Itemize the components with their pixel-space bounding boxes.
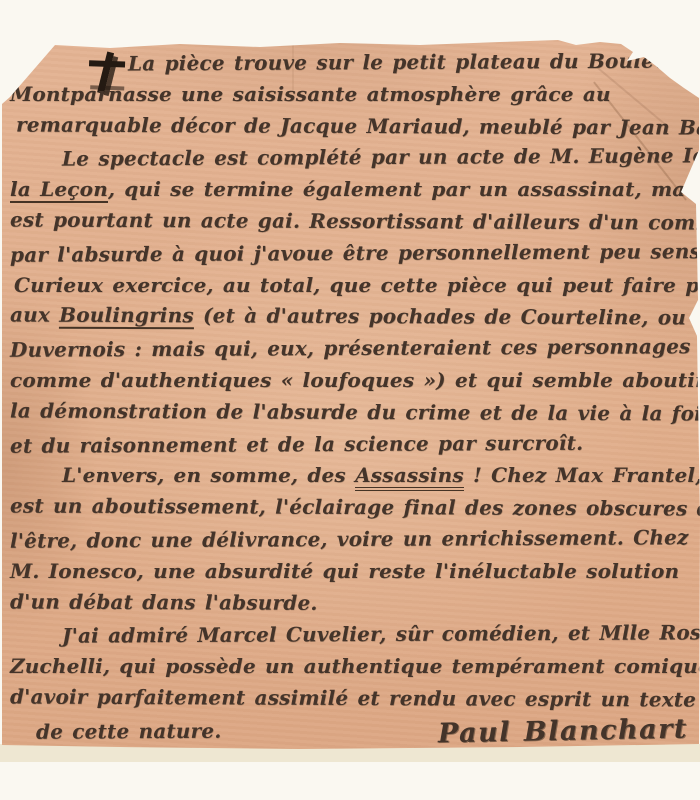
- text-segment: la démonstration de l'absurde du crime e…: [10, 398, 700, 425]
- underlined-title: Boulingrins: [59, 303, 194, 330]
- manuscript-line: par l'absurde à quoi j'avoue être person…: [10, 236, 694, 271]
- text-segment: et du raisonnement et de la science par …: [10, 430, 583, 457]
- paper-sheet: La pièce trouve sur le petit plateau du …: [0, 0, 700, 800]
- manuscript-line: d'avoir parfaitement assimilé et rendu a…: [10, 681, 694, 716]
- manuscript-line: de cette nature.Paul Blanchart: [36, 713, 694, 748]
- text-segment: L'envers, en somme, des: [62, 463, 355, 487]
- manuscript-line: et du raisonnement et de la science par …: [10, 427, 694, 462]
- text-segment: par l'absurde à quoi j'avoue être person…: [10, 239, 700, 267]
- text-segment: ! Chez Max Frantel, le crime: [464, 463, 700, 487]
- text-segment: d'avoir parfaitement assimilé et rendu a…: [10, 684, 696, 711]
- manuscript-line: aux Boulingrins (et à d'autres pochades …: [10, 300, 694, 335]
- text-segment: est un aboutissement, l'éclairage final …: [10, 494, 700, 521]
- manuscript-line: J'ai admiré Marcel Cuvelier, sûr comédie…: [62, 618, 694, 653]
- manuscript-line: Zuchelli, qui possède un authentique tem…: [10, 651, 694, 683]
- text-segment: J'ai admiré Marcel Cuvelier, sûr comédie…: [62, 620, 700, 648]
- manuscript-line: la démonstration de l'absurde du crime e…: [10, 395, 694, 430]
- text-segment: Duvernois : mais qui, eux, présenteraien…: [10, 334, 691, 362]
- manuscript-line: la Leçon, qui se termine également par u…: [10, 174, 694, 206]
- manuscript-line: Montparnasse une saisissante atmosphère …: [10, 79, 694, 111]
- text-segment: M. Ionesco, une absurdité qui reste l'in…: [10, 559, 679, 583]
- text-segment: (et à d'autres pochades de Courteline, o…: [194, 304, 700, 330]
- manuscript-line: M. Ionesco, une absurdité qui reste l'in…: [10, 556, 694, 588]
- scan-background: La pièce trouve sur le petit plateau du …: [0, 0, 700, 800]
- text-segment: d'un débat dans l'absurde.: [10, 589, 318, 614]
- text-segment: , qui se termine également par un assass…: [108, 177, 700, 201]
- manuscript-line: est pourtant un acte gai. Ressortissant …: [10, 204, 694, 239]
- text-segment: aux: [10, 303, 59, 327]
- manuscript-line: Duvernois : mais qui, eux, présenteraien…: [10, 331, 694, 366]
- manuscript-line: Le spectacle est complété par un acte de…: [62, 141, 694, 176]
- text-segment: Le spectacle est complété par un acte de…: [62, 143, 700, 171]
- text-segment: La pièce trouve sur le petit plateau du …: [128, 48, 700, 75]
- manuscript-line: d'un débat dans l'absurde.: [10, 586, 694, 621]
- manuscript-text: La pièce trouve sur le petit plateau du …: [10, 47, 694, 747]
- text-segment: comme d'authentiques « loufoques ») et q…: [10, 368, 700, 392]
- manuscript-line: l'être, donc une délivrance, voire un en…: [10, 522, 694, 557]
- text-segment: remarquable décor de Jacque Mariaud, meu…: [16, 112, 700, 139]
- text-segment: Curieux exercice, au total, que cette pi…: [14, 273, 700, 297]
- manuscript-line: La pièce trouve sur le petit plateau du …: [128, 46, 694, 81]
- manuscript-line: L'envers, en somme, des Assassins ! Chez…: [62, 460, 694, 492]
- text-segment: de cette nature.: [36, 718, 222, 743]
- manuscript-line: est un aboutissement, l'éclairage final …: [10, 491, 694, 526]
- manuscript-line: Curieux exercice, au total, que cette pi…: [14, 270, 694, 302]
- underlined-title: la Leçon: [10, 177, 108, 203]
- manuscript-line: remarquable décor de Jacque Mariaud, meu…: [16, 109, 694, 144]
- text-segment: l'être, donc une délivrance, voire un en…: [10, 525, 689, 553]
- text-segment: Montparnasse une saisissante atmosphère …: [10, 82, 611, 106]
- underlined-title: Assassins: [355, 463, 464, 491]
- text-segment: est pourtant un acte gai. Ressortissant …: [10, 207, 700, 234]
- text-segment: Zuchelli, qui possède un authentique tem…: [10, 654, 700, 678]
- manuscript-line: comme d'authentiques « loufoques ») et q…: [10, 365, 694, 397]
